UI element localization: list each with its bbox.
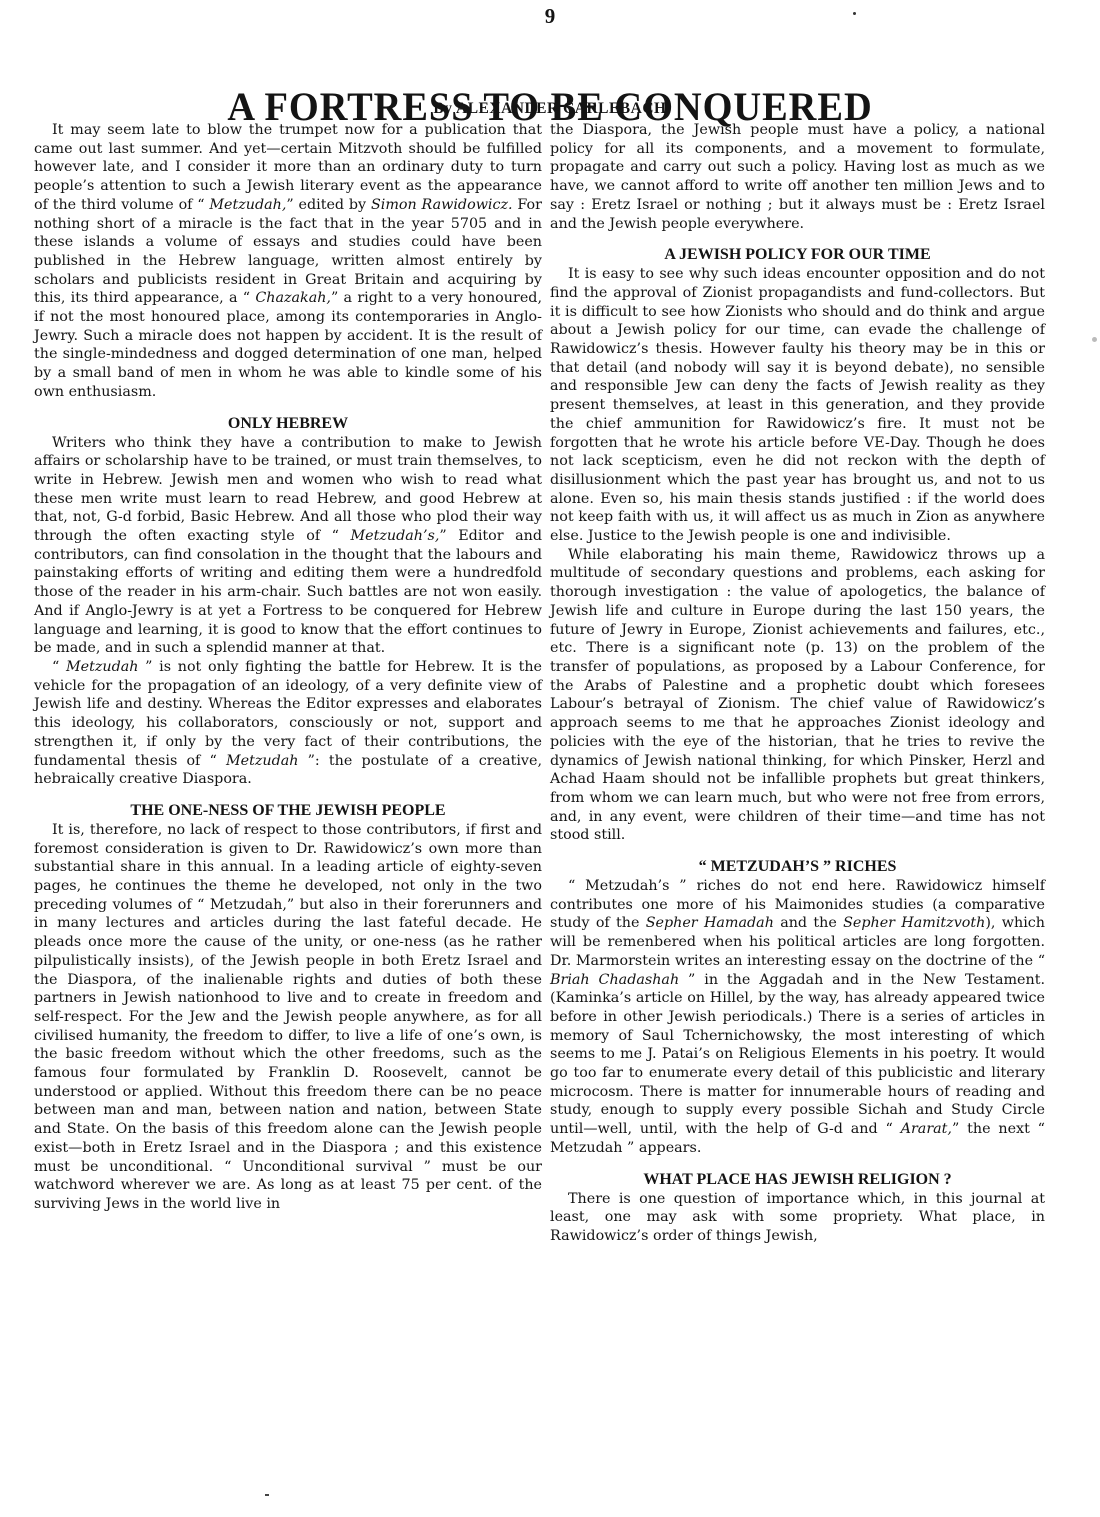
- text-run: While elaborating his main theme, Rawido…: [550, 547, 1045, 844]
- text-run: There is one question of importance whic…: [550, 1191, 1045, 1244]
- section-heading: WHAT PLACE HAS JEWISH RELIGION ?: [550, 1170, 1045, 1190]
- italic-text: Briah Chadashah: [550, 972, 679, 988]
- text-run: ” a right to a very honoured, if not the…: [34, 290, 542, 400]
- body-paragraph: It may seem late to blow the trumpet now…: [34, 121, 542, 402]
- text-run: “: [52, 659, 66, 675]
- body-paragraph: the Diaspora, the Jewish people must hav…: [550, 121, 1045, 233]
- body-paragraph: Writers who think they have a contributi…: [34, 434, 542, 658]
- body-paragraph: “ Metzudah’s ” riches do not end here. R…: [550, 877, 1045, 1158]
- italic-text: Metzudah’s,: [351, 528, 440, 544]
- body-paragraph: It is, therefore, no lack of respect to …: [34, 821, 542, 1214]
- body-paragraph: “ Metzudah ” is not only fighting the ba…: [34, 658, 542, 789]
- section-heading: THE ONE-NESS OF THE JEWISH PEOPLE: [34, 801, 542, 821]
- body-paragraph: It is easy to see why such ideas encount…: [550, 265, 1045, 546]
- text-run: and the: [774, 915, 843, 931]
- body-paragraph: While elaborating his main theme, Rawido…: [550, 546, 1045, 845]
- print-speck: [265, 1494, 269, 1496]
- page-number: 9: [0, 4, 1100, 29]
- text-run: It is easy to see why such ideas encount…: [550, 266, 1045, 544]
- section-heading: “ METZUDAH’S ” RICHES: [550, 857, 1045, 877]
- text-run: ” in the Aggadah and in the New Testamen…: [550, 972, 1045, 1138]
- section-heading: ONLY HEBREW: [34, 414, 542, 434]
- left-column: It may seem late to blow the trumpet now…: [34, 121, 542, 1214]
- text-run: ” edited by: [286, 197, 371, 213]
- article-byline: By ALEXANDER CARLEBACH: [0, 100, 1100, 118]
- italic-text: Sepher Hamitzvoth: [843, 915, 985, 931]
- section-heading: A JEWISH POLICY FOR OUR TIME: [550, 245, 1045, 265]
- right-column: the Diaspora, the Jewish people must hav…: [550, 121, 1045, 1246]
- print-speck: [1092, 337, 1097, 342]
- italic-text: Met­zudah: [226, 753, 298, 769]
- text-run: the Diaspora, the Jewish people must hav…: [550, 122, 1045, 232]
- text-run: It is, therefore, no lack of respect to …: [34, 822, 542, 1212]
- italic-text: Simon Rawidowicz.: [371, 197, 513, 213]
- italic-text: Sepher Hamadah: [646, 915, 774, 931]
- italic-text: Metzudah,: [209, 197, 286, 213]
- print-speck: [853, 12, 856, 15]
- body-paragraph: There is one question of importance whic…: [550, 1190, 1045, 1246]
- italic-text: Ararat,: [901, 1121, 952, 1137]
- italic-text: Metzudah: [66, 659, 138, 675]
- text-run: ” Editor and contributors, can find cons…: [34, 528, 542, 656]
- italic-text: Chazakah,: [255, 290, 331, 306]
